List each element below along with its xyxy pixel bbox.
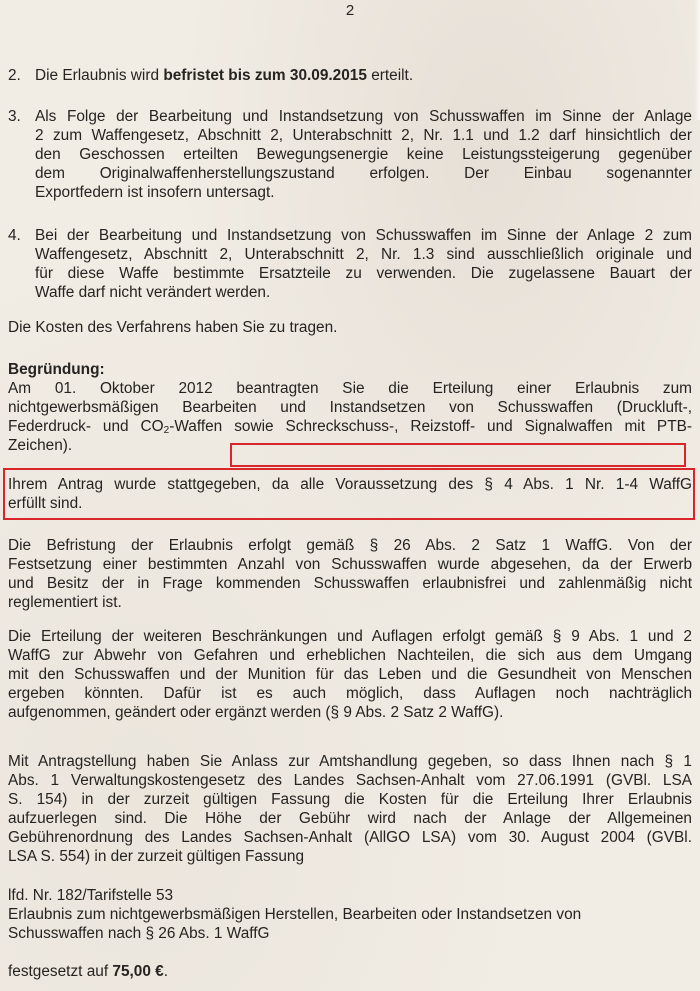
condition-item-2: 2. Die Erlaubnis wird befristet bis zum … xyxy=(8,66,692,85)
text-fragment: -Waffen xyxy=(169,418,234,435)
text-line: Erlaubnis zum nichtgewerbsmäßigen Herste… xyxy=(8,905,692,924)
text-line: Gebührenordnung des Landes Sachsen-Anhal… xyxy=(8,828,692,847)
reasoning-heading: Begründung: xyxy=(8,360,692,379)
text-line: Bei der Bearbeitung und Instandsetzung v… xyxy=(35,226,692,245)
reasoning-section: Begründung: Am 01. Oktober 2012 beantrag… xyxy=(8,360,692,455)
text-line: Als Folge der Bearbeitung und Instandset… xyxy=(35,107,692,126)
item-number: 2. xyxy=(8,66,35,85)
paragraph-term: Die Befristung der Erlaubnis erfolgt gem… xyxy=(8,536,692,612)
tariff-ref: lfd. Nr. 182/Tarifstelle 53 xyxy=(8,886,692,905)
paragraph-costs: Mit Antragstellung haben Sie Anlass zur … xyxy=(8,752,692,866)
fee-amount: 75,00 € xyxy=(112,963,163,980)
item-number: 3. xyxy=(8,107,35,202)
item-text: Bei der Bearbeitung und Instandsetzung v… xyxy=(35,226,692,302)
costs-note: Die Kosten des Verfahrens haben Sie zu t… xyxy=(8,318,692,337)
text-line: LSA S. 554) in der zurzeit gültigen Fass… xyxy=(8,847,692,866)
item-number: 4. xyxy=(8,226,35,302)
text-line: Die Erteilung der weiteren Beschränkunge… xyxy=(8,627,692,646)
condition-item-3: 3. Als Folge der Bearbeitung und Instand… xyxy=(8,107,692,202)
text-line: S. 154) in der zurzeit gültigen Fassung … xyxy=(8,790,692,809)
text-line: Die Befristung der Erlaubnis erfolgt gem… xyxy=(8,536,692,555)
text-line: und Besitz der in Frage kommenden Schuss… xyxy=(8,574,692,593)
document-page: 2 2. Die Erlaubnis wird befristet bis zu… xyxy=(0,0,700,991)
text-line: 2 zum Waffengesetz, Abschnitt 2, Unterab… xyxy=(35,126,692,145)
text-line: für diese Waffe bestimmte Ersatzteile zu… xyxy=(35,264,692,283)
fee-label: festgesetzt auf xyxy=(8,963,112,980)
page-number: 2 xyxy=(0,2,700,19)
text-line: Federdruck- und CO2-Waffen sowie Schreck… xyxy=(8,417,692,436)
item-text: Als Folge der Bearbeitung und Instandset… xyxy=(35,107,692,202)
paragraph-restrictions: Die Erteilung der weiteren Beschränkunge… xyxy=(8,627,692,722)
text-line: aufgenommen, geändert oder ergänzt werde… xyxy=(8,703,692,722)
expiry-date-text: befristet bis zum 30.09.2015 xyxy=(163,67,367,84)
text-line: mit den Schusswaffen und der Munition fü… xyxy=(8,665,692,684)
text-line: ergeben könnten. Dafür ist es auch mögli… xyxy=(8,684,692,703)
text-fragment: Federdruck- und CO xyxy=(8,418,164,435)
text-line: Abs. 1 Verwaltungskostengesetz des Lande… xyxy=(8,771,692,790)
tariff-reference: lfd. Nr. 182/Tarifstelle 53 Erlaubnis zu… xyxy=(8,886,692,943)
item-text-pre: Die Erlaubnis wird xyxy=(35,67,163,84)
highlight-box-weapons xyxy=(230,443,686,467)
highlight-box-granted xyxy=(3,468,695,520)
text-line: Schusswaffen nach § 26 Abs. 1 WaffG xyxy=(8,924,692,943)
text-line: nichtgewerbsmäßigen Bearbeiten und Insta… xyxy=(8,398,692,417)
fee-suffix: . xyxy=(164,963,168,980)
item-text: Die Erlaubnis wird befristet bis zum 30.… xyxy=(35,66,692,85)
text-line: Am 01. Oktober 2012 beantragten Sie die … xyxy=(8,379,692,398)
text-line: Waffe darf nicht verändert werden. xyxy=(35,283,692,302)
text-line: den Geschossen erteilten Bewegungsenergi… xyxy=(35,145,692,164)
highlighted-text: sowie Schreckschuss-, Reizstoff- und Sig… xyxy=(234,418,692,435)
text-line: Exportfedern ist insofern untersagt. xyxy=(35,183,692,202)
text-line: WaffG zur Abwehr von Gefahren und erhebl… xyxy=(8,646,692,665)
text-line: Mit Antragstellung haben Sie Anlass zur … xyxy=(8,752,692,771)
text-line: aufzuerlegen sind. Die Höhe der Gebühr w… xyxy=(8,809,692,828)
item-text-post: erteilt. xyxy=(367,67,413,84)
condition-item-4: 4. Bei der Bearbeitung und Instandsetzun… xyxy=(8,226,692,302)
text-line: dem Originalwaffenherstellungszustand er… xyxy=(35,164,692,183)
text-line: Waffengesetz, Abschnitt 2, Unterabschnit… xyxy=(35,245,692,264)
text-line: reglementiert ist. xyxy=(8,593,692,612)
fee-line: festgesetzt auf 75,00 €. xyxy=(8,962,692,981)
text-line: Festsetzung einer bestimmten Anzahl von … xyxy=(8,555,692,574)
